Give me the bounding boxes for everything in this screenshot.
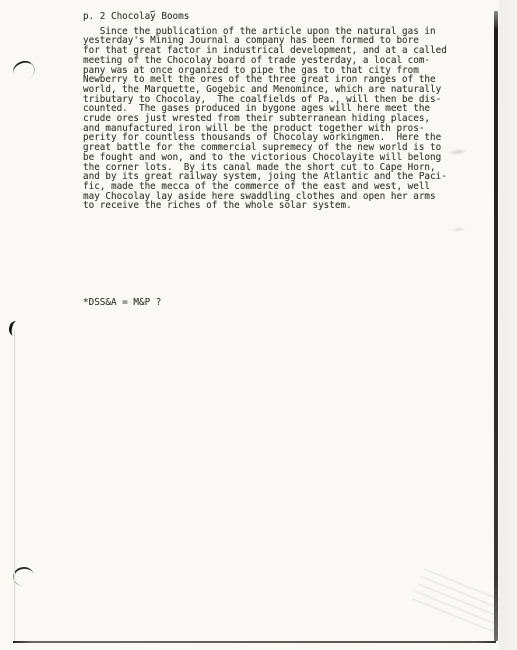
- page-bottom-edge: [13, 641, 496, 643]
- scan-canvas: { "document": { "title": "p. 2 Chocolay …: [0, 0, 517, 650]
- hole-punch-mark-top: [11, 58, 38, 83]
- page-title: p. 2 Chocolay Booms: [83, 12, 447, 22]
- pencil-annotation: *DSS&A = M&P ?: [83, 297, 161, 308]
- page-left-edge: [14, 330, 15, 642]
- margin-smudge-upper: [448, 148, 469, 157]
- hole-punch-mark-bottom: [12, 565, 36, 587]
- page-spine-shadow: [494, 11, 498, 641]
- scanned-page: p. 2 Chocolay Booms Since the publicatio…: [0, 0, 500, 650]
- margin-smudge-lower: [451, 226, 466, 232]
- body-line: to receive the riches of the whole solar…: [83, 201, 447, 211]
- hole-punch-mark-middle: [8, 320, 23, 337]
- scan-background-strip: [499, 0, 517, 650]
- typewritten-text-block: p. 2 Chocolay Booms Since the publicatio…: [83, 12, 447, 211]
